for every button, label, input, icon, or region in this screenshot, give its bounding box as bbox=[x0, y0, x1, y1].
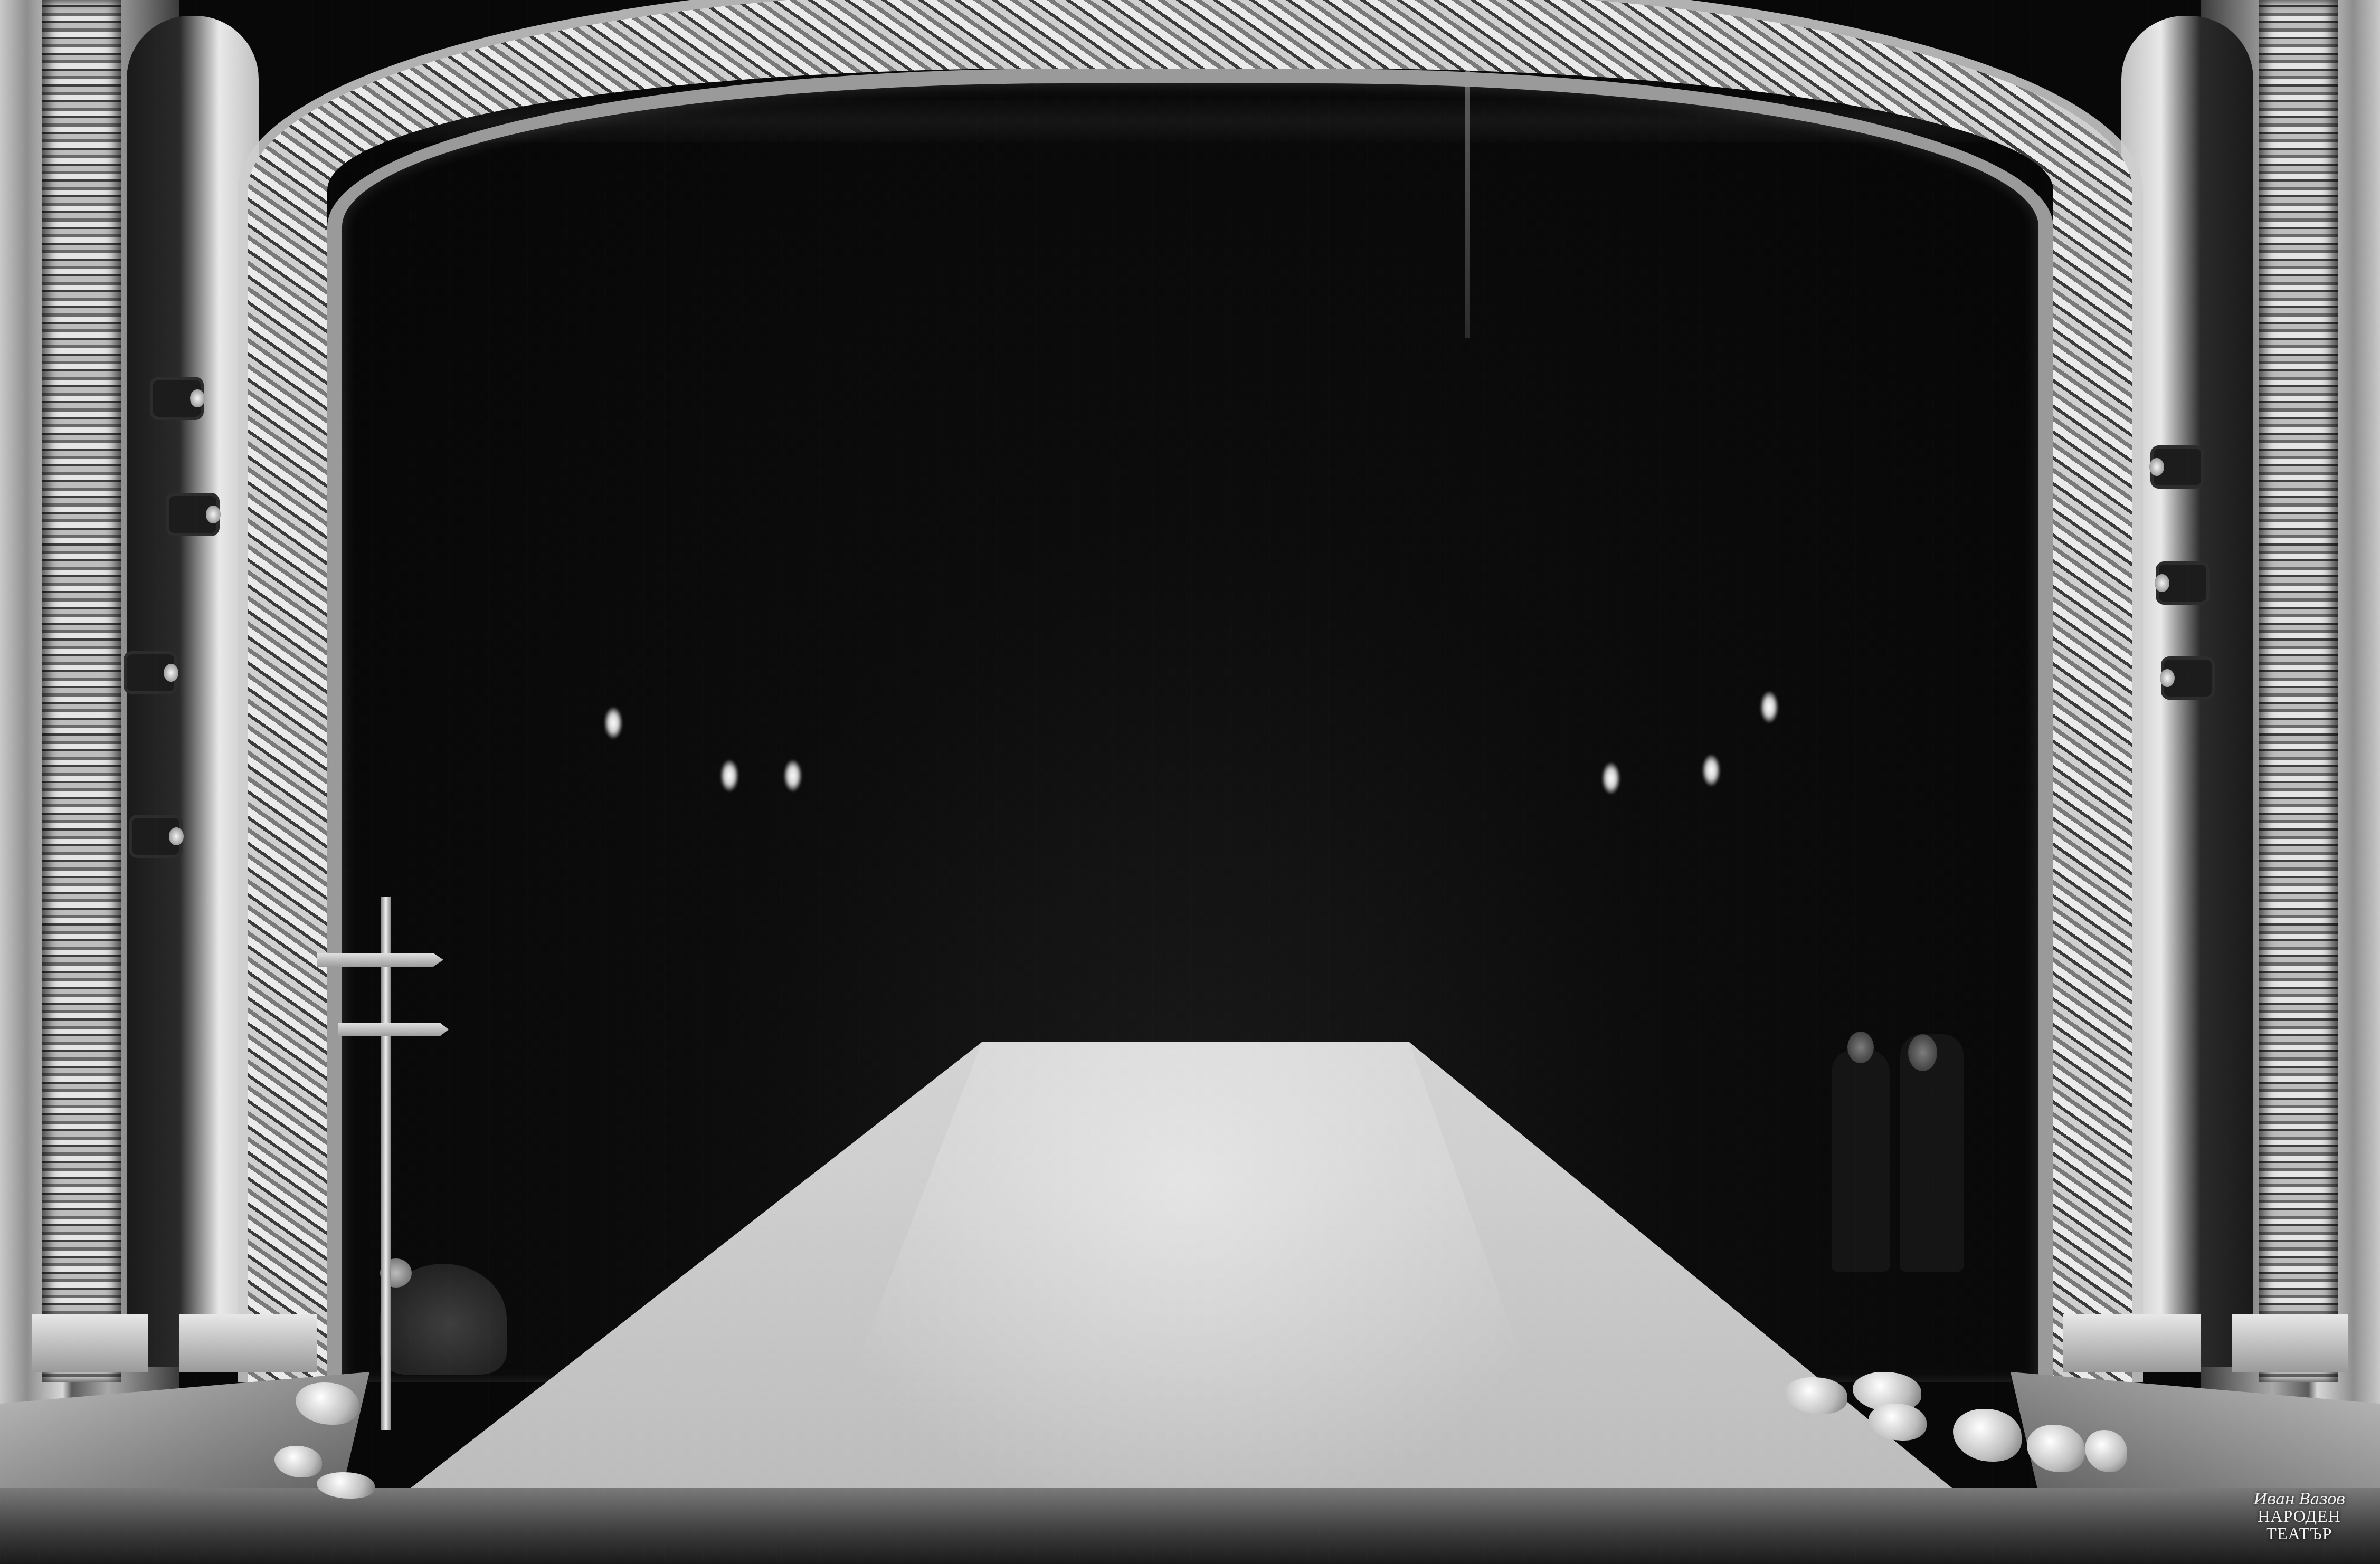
left-column-base bbox=[179, 1314, 317, 1372]
left-ribbed-pilaster bbox=[42, 0, 121, 1382]
standing-figure-right-head bbox=[1908, 1034, 1937, 1071]
spotlight-icon bbox=[2154, 449, 2201, 485]
spotlight-icon bbox=[2159, 565, 2206, 602]
watermark-line-2: ТЕАТЪР bbox=[2244, 1525, 2355, 1543]
right-ribbed-pilaster bbox=[2259, 0, 2338, 1382]
signpost-pole bbox=[381, 897, 391, 1430]
stage-front-edge bbox=[0, 1488, 2380, 1564]
spotlight-icon bbox=[132, 818, 179, 855]
right-column-base bbox=[2063, 1314, 2201, 1372]
spotlight-icon bbox=[169, 496, 216, 533]
stage-lamp-icon bbox=[1602, 762, 1620, 794]
national-theatre-watermark: Иван Вазов НАРОДЕН ТЕАТЪР bbox=[2244, 1492, 2355, 1543]
watermark-script: Иван Вазов bbox=[2244, 1492, 2355, 1508]
stage-lamp-icon bbox=[1702, 755, 1720, 786]
watermark-line-1: НАРОДЕН bbox=[2244, 1508, 2355, 1525]
spotlight-icon bbox=[127, 654, 174, 691]
stage-lamp-icon bbox=[604, 707, 622, 739]
stage-lamp-icon bbox=[1760, 691, 1778, 723]
signpost-arm-upper bbox=[317, 953, 443, 967]
spotlight-icon bbox=[153, 380, 201, 417]
standing-figure-left bbox=[1832, 1050, 1890, 1272]
stage-lamp-icon bbox=[720, 760, 738, 791]
right-outer-base bbox=[2232, 1314, 2348, 1372]
spotlight-icon bbox=[2164, 660, 2212, 697]
left-outer-base bbox=[32, 1314, 148, 1372]
standing-figure-right bbox=[1900, 1034, 1964, 1272]
stage-lamp-icon bbox=[784, 760, 802, 791]
signpost-arm-lower bbox=[338, 1023, 449, 1036]
standing-figure-left-head bbox=[1847, 1032, 1874, 1063]
rock bbox=[1953, 1409, 2022, 1462]
theatre-stage-photo: Иван Вазов НАРОДЕН ТЕАТЪР bbox=[0, 0, 2380, 1564]
